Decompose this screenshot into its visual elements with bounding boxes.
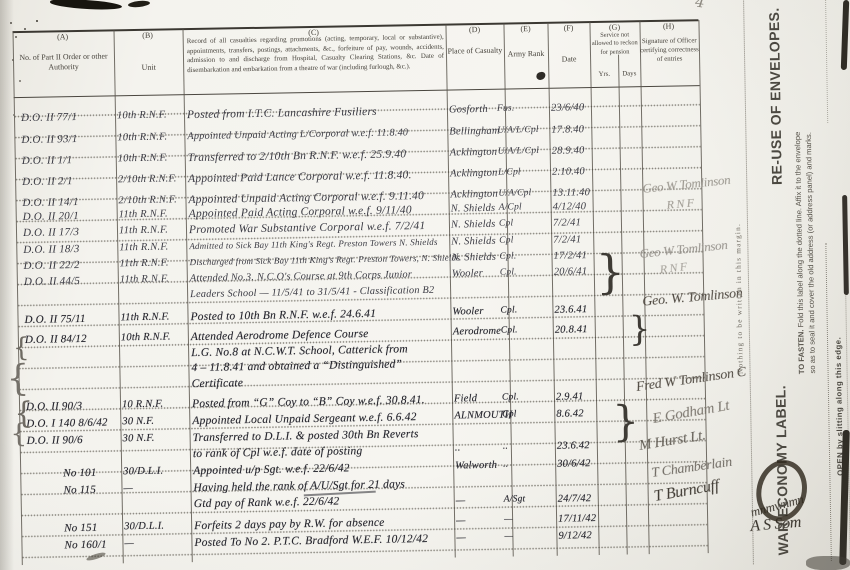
cell-date: 30/6/42 (557, 459, 591, 470)
cell-place: Wooler (452, 269, 483, 280)
cell-rank: Cpl. (502, 393, 519, 403)
cell-rec: Appointed Paid Acting Corporal w.e.f. 9/… (189, 205, 412, 220)
cell-unit: — (123, 484, 133, 495)
cell-date: 8.6.42 (556, 409, 584, 420)
scan-speckles (10, 22, 12, 24)
cell-auth: D.O. II 44/5 (24, 276, 80, 288)
cell-date: 7/2/41 (553, 235, 581, 246)
cell-auth: D.O. II 17/3 (23, 227, 79, 239)
cell-date: 13.11.40 (552, 188, 590, 199)
cell-auth: No 151 (64, 523, 97, 535)
cell-unit: 30/D.L.I. (124, 522, 164, 533)
handwritten-mark: } (595, 249, 625, 296)
cell-auth: D.O. II 90/3 (26, 401, 82, 413)
cell-unit: 11th R.N.F. (119, 225, 168, 236)
cell-unit: 30/D.L.I. (123, 467, 163, 478)
scanned-army-form: (A)(B)(C)(D)(E)(F)(G)(H) No. of Part II … (0, 0, 850, 570)
cell-rank: A/Cpl (499, 203, 522, 213)
fasten-bold: TO FASTEN. (796, 330, 806, 375)
handwritten-mark: { (6, 361, 30, 397)
cell-rec: Posted To No 2. P.T.C. Bradford W.E.F. 1… (194, 534, 428, 550)
cell-date: 2.10.40 (552, 167, 585, 178)
cell-auth: D.O. II 2/1 (22, 176, 73, 188)
cell-rank: — (504, 533, 513, 543)
cell-rank: Cpl (502, 410, 516, 420)
cell-auth: D.O. II 93/1 (21, 134, 77, 146)
cell-rank: Fus. (497, 104, 515, 114)
cell-place: — (456, 496, 466, 507)
cell-place: .. (455, 443, 461, 454)
cell-place: N. Shields (451, 237, 496, 248)
cell-place: Walworth (455, 461, 497, 472)
cell-date: 2.9.41 (556, 392, 584, 403)
cell-unit: 2/10th R.N.F. (118, 174, 177, 186)
cell-date: 23/6/40 (551, 103, 585, 114)
cell-date: 17/2/41 (553, 251, 587, 262)
cell-date: 23.6.41 (554, 305, 587, 316)
cell-auth: D.O. II 14/1 (22, 197, 78, 209)
cell-date: 28.9.40 (552, 146, 585, 157)
record-row: D.O. II 93/110th R.N.F.Appointed Unpaid … (0, 121, 847, 136)
cell-unit: 30 N.F. (122, 417, 154, 428)
torn-right-edge-mark (841, 0, 849, 70)
cell-unit: 10 R.N.F. (122, 400, 163, 411)
cell-rec: Leaders School — 11/5/41 to 31/5/41 - Cl… (190, 285, 434, 300)
cell-unit: 10th R.N.F. (117, 110, 167, 121)
cell-unit: — (124, 539, 134, 550)
cell-rec: Attended No.3. N.C.O's Course at 9th Cor… (190, 270, 412, 284)
cell-rank: .. (503, 461, 508, 471)
cell-unit: 11th R.N.F. (120, 312, 169, 323)
cell-place: Field (454, 394, 477, 405)
cell-date: 7/2/41 (553, 218, 581, 229)
cell-date: 9/12/42 (558, 531, 592, 542)
cell-auth: D.O. II 75/11 (24, 314, 85, 326)
cell-unit: 11th R.N.F. (119, 209, 168, 220)
cell-date: 17.8.40 (551, 125, 584, 136)
cell-rec: Transferred to 2/10th Bn R.N.F. w.e.f. 2… (188, 149, 407, 164)
cell-rec: L.G. No.8 at N.C.W.T. School, Catterick … (191, 344, 408, 359)
cell-rec: Forfeits 2 days pay by R.W. for absence (194, 518, 385, 533)
handwritten-entries: D.O. II 77/110th R.N.F.Posted from I.T.C… (0, 0, 850, 570)
cell-unit: 10th R.N.F. (117, 132, 167, 143)
cell-place: N. Shields (451, 220, 496, 231)
cell-unit: 11th R.N.F. (120, 274, 169, 285)
cell-place: — (456, 533, 466, 544)
cell-rank: U/A/L/Cpl (498, 147, 540, 157)
cell-unit: 10th R.N.F. (118, 153, 168, 164)
record-row: D.O. II 1/110th R.N.F.Transferred to 2/1… (0, 142, 848, 157)
cell-rec: to rank of Cpl w.e.f. date of posting (193, 446, 363, 460)
cell-date: 24/7/42 (558, 494, 592, 505)
cell-rank: L/Cpl (498, 168, 521, 178)
cell-auth: D.O. II 18/3 (23, 244, 79, 256)
cell-date: 23.6.42 (557, 441, 590, 452)
cell-rec: Appointed Unpaid Acting L/Corporal w.e.f… (187, 128, 408, 142)
cell-place: Wooler (452, 307, 483, 318)
cell-rec: Appointed Local Unpaid Sergeant w.e.f. 6… (192, 412, 416, 427)
cell-rec: Admitted to Sick Bay 11th King's Regt. P… (189, 238, 438, 251)
cell-rank: U/A/L/Cpl (497, 126, 539, 136)
cell-rank: A/Sgt (504, 495, 526, 505)
reuse-envelopes-text: RE-USE OF ENVELOPES. (766, 7, 784, 185)
cell-auth: D.O. II 22/2 (24, 260, 80, 272)
cell-auth: D.O. I 140 8/6/42 (26, 418, 108, 430)
cell-auth: D.O. II 20/1 (23, 211, 79, 223)
handwritten-mark: } (612, 400, 639, 442)
cell-auth: D.O. II 84/12 (25, 334, 87, 346)
cell-date: 17/11/42 (558, 514, 596, 525)
cell-auth: No 115 (63, 485, 96, 497)
cell-place: — (456, 516, 466, 527)
cell-auth: D.O. II 77/1 (21, 112, 77, 124)
record-row: No 15130/D.L.I.Forfeits 2 days pay by R.… (4, 510, 850, 525)
cell-date: 20/6/41 (554, 267, 588, 278)
cell-rec: Posted to 10th Bn R.N.F. w.e.f. 24.6.41 (190, 309, 376, 324)
cell-rank: Cpl (499, 236, 513, 246)
cell-auth: No 101 (63, 468, 96, 480)
cell-rec: Promoted War Substantive Corporal w.e.f.… (189, 221, 426, 237)
cell-rec: Posted from I.T.C. Lancashire Fusiliers (187, 107, 377, 122)
handwritten-signature: R N F (666, 195, 694, 212)
bottom-right-smudge (806, 556, 850, 570)
cell-place: Acklington (450, 190, 498, 201)
cell-rank: Cpl (499, 219, 513, 229)
cell-place: Bellingham (449, 127, 500, 138)
cell-rank: — (504, 516, 513, 526)
cell-rank: Cpl. (501, 326, 518, 336)
cell-place: Acklington (450, 148, 498, 159)
cell-rank: U/A/Cpl (498, 189, 531, 199)
record-row: D.O. II 77/110th R.N.F.Posted from I.T.C… (0, 99, 847, 114)
cell-rec: Posted from “G” Coy to “B” Coy w.e.f. 30… (192, 395, 425, 411)
cell-rank: Cpl. (500, 268, 517, 278)
cell-unit: 2/10th R.N.F. (118, 195, 177, 207)
cell-auth: No 160/1 (64, 540, 106, 552)
cell-rec: Appointed u/p Sgt. w.e.f. 22/6/42 (193, 463, 350, 477)
handwritten-mark: 4 (694, 0, 705, 11)
cell-unit: 11th R.N.F. (119, 242, 168, 253)
cell-unit: 10th R.N.F. (121, 332, 171, 343)
cell-place: N. Shields (451, 204, 496, 215)
cell-auth: D.O. II 90/6 (27, 435, 83, 447)
cell-rec: Attended Aerodrome Defence Course (191, 329, 369, 344)
cell-place: Gosforth (449, 105, 488, 116)
cell-place: N. Shields (451, 253, 496, 264)
cell-auth: D.O. II 1/1 (22, 155, 73, 167)
cell-place: Aerodrome (453, 327, 501, 338)
cell-rec: Transferred to D.L.I. & posted 30th Bn R… (193, 429, 419, 444)
cell-rec: Certificate (192, 378, 244, 390)
form-sheet: (A)(B)(C)(D)(E)(F)(G)(H) No. of Part II … (0, 0, 850, 570)
cell-date: 4/12/40 (553, 202, 587, 213)
cell-unit: 30 N.F. (123, 434, 155, 445)
cell-rec: Appointed Paid Lance Corporal w.e.f. 11.… (188, 170, 412, 185)
cell-rank: Cpl. (499, 252, 516, 262)
cell-place: Acklington (450, 169, 498, 180)
cell-date: 20.8.41 (555, 325, 588, 336)
cell-unit: 11th R.N.F. (120, 258, 169, 269)
cell-rec: Discharged from Sick Bay 11th King's Reg… (189, 253, 460, 267)
handwritten-mark: } (629, 312, 651, 346)
cell-rank: .. (503, 443, 508, 453)
cell-rank: Cpl. (500, 306, 517, 316)
cell-rec: Gtd pay of Rank w.e.f. 22/6/42 (194, 496, 340, 510)
cell-rec: 4 – 11.8.41 and obtained a “Distinguishe… (191, 359, 402, 374)
handwritten-mark: { (10, 421, 27, 447)
